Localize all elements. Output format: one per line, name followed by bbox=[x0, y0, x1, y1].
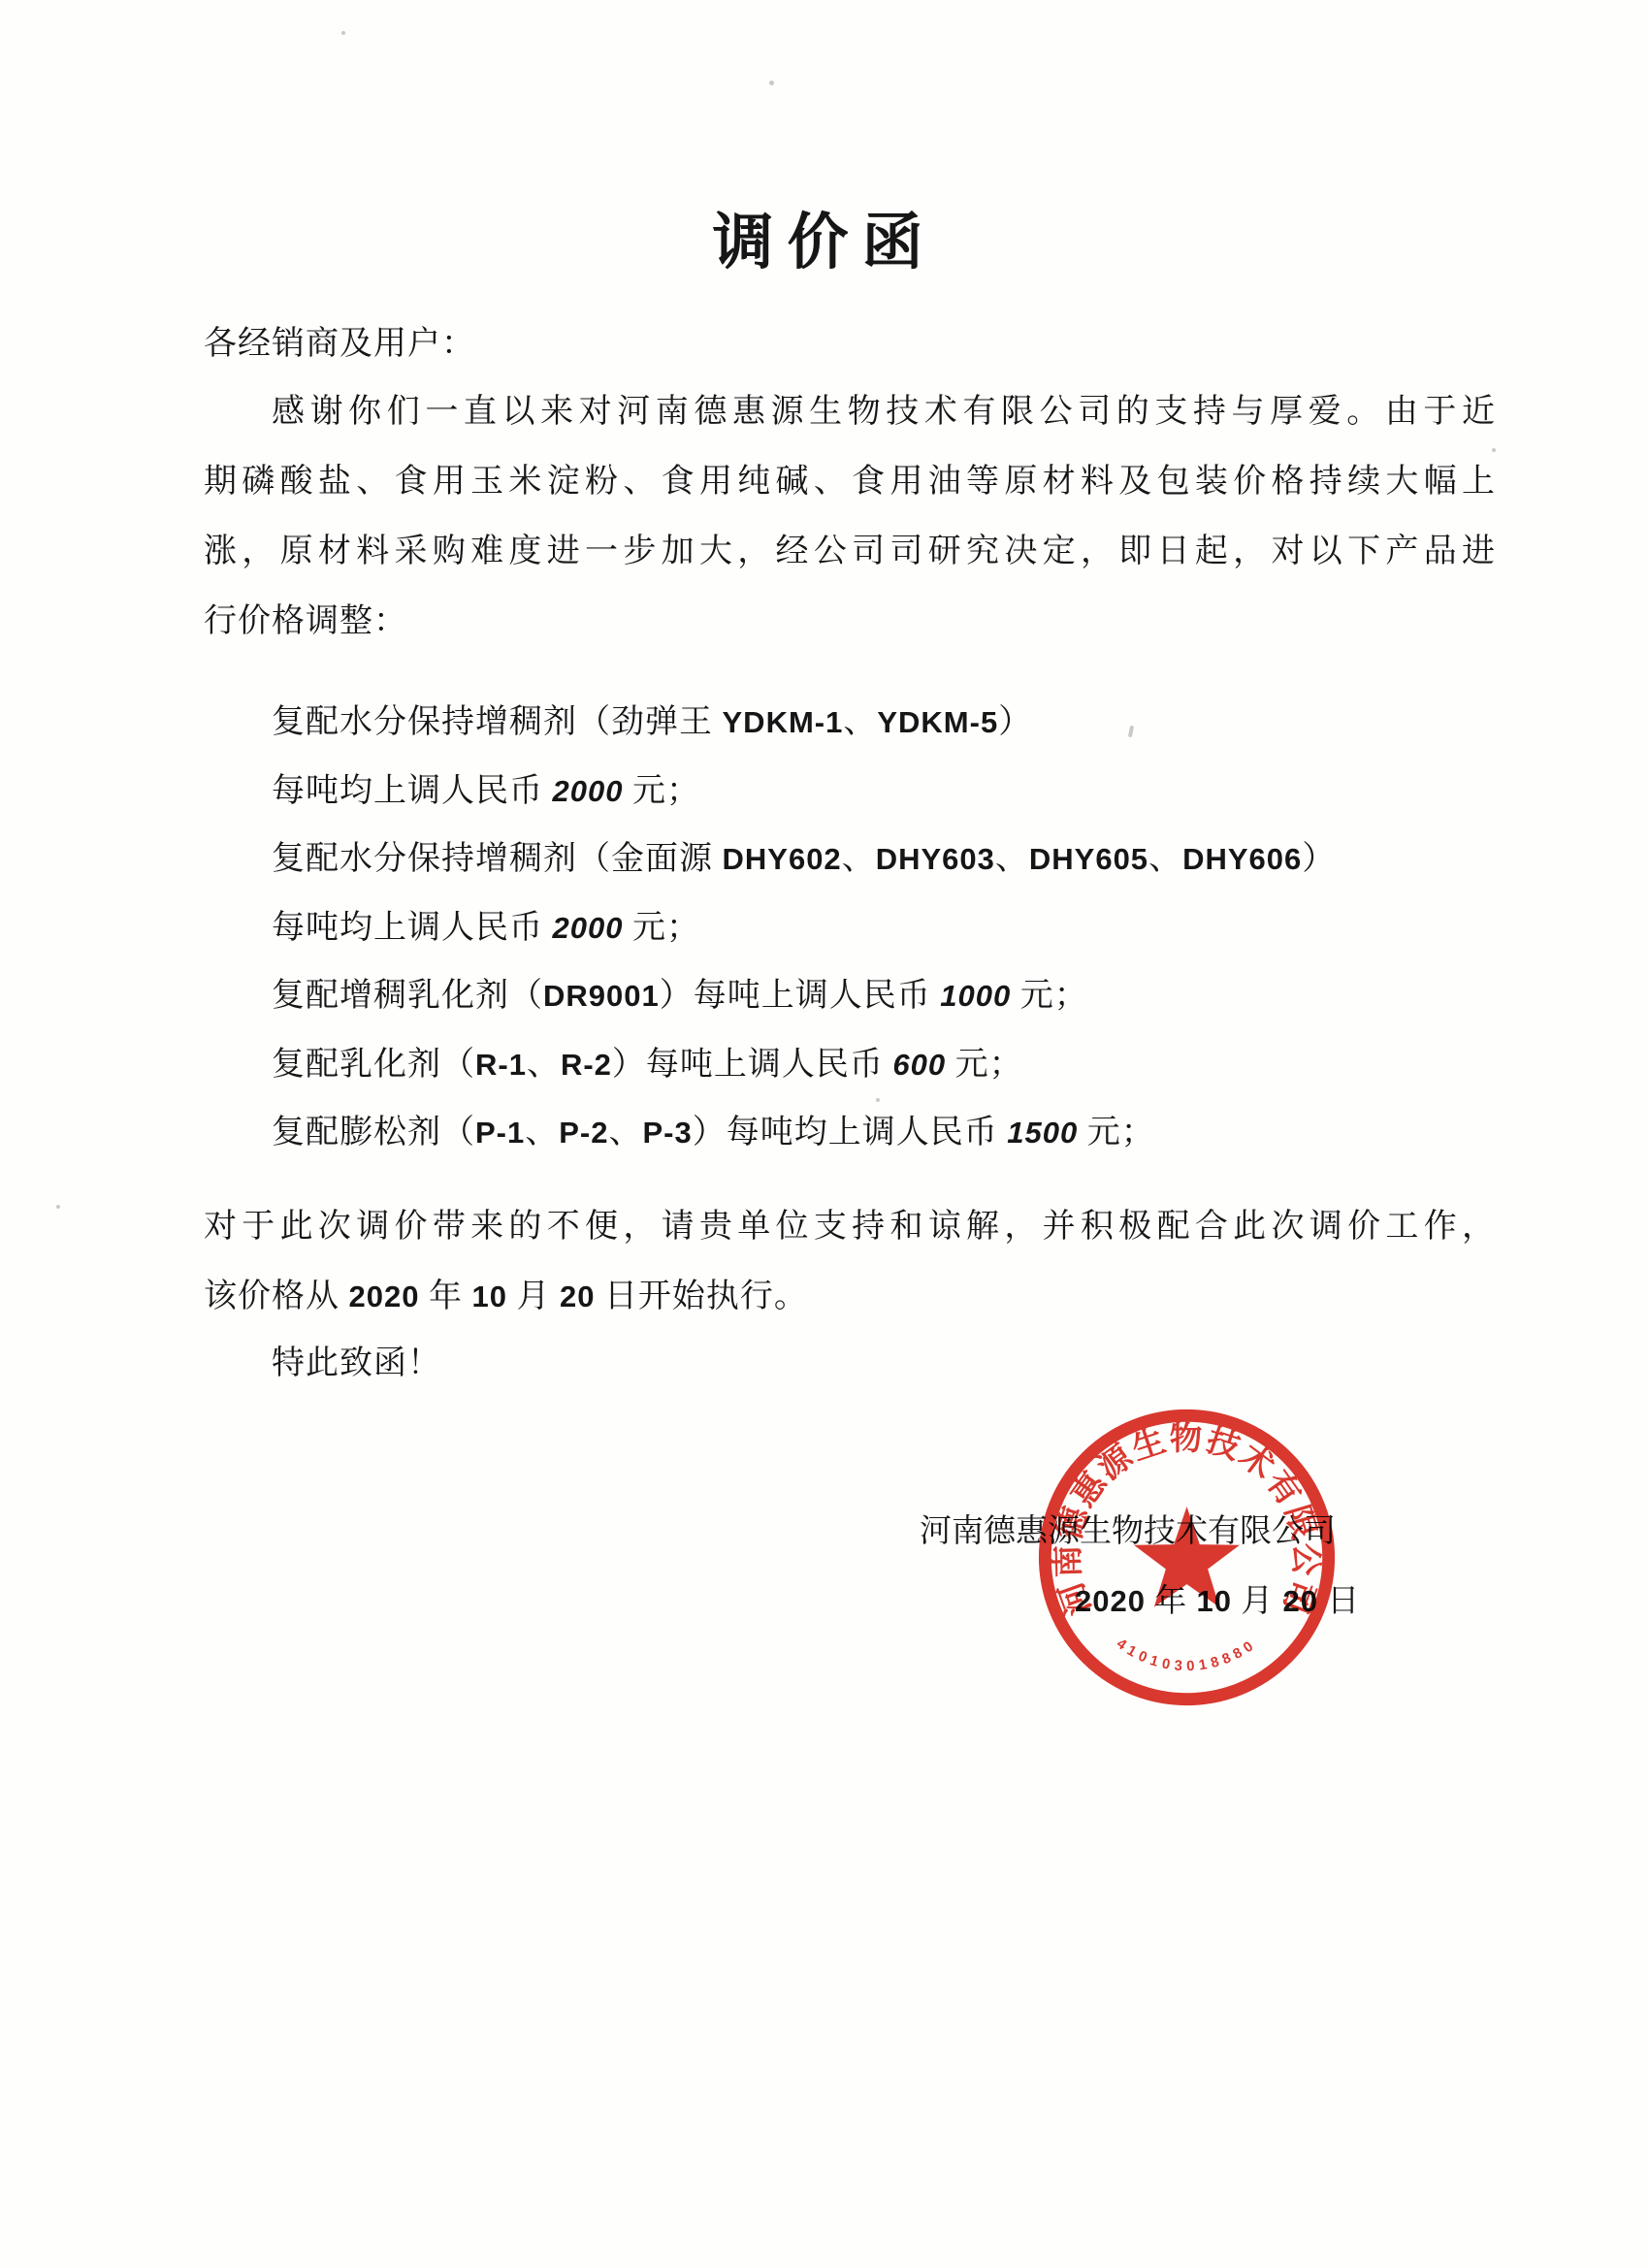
scan-speck bbox=[769, 81, 774, 85]
intro-line-1: 感谢你们一直以来对河南德惠源生物技术有限公司的支持与厚爱。由于近 bbox=[204, 390, 1496, 435]
seal-ring bbox=[1045, 1415, 1328, 1699]
closing-line-2: 该价格从 2020 年 10 月 20 日开始执行。 bbox=[204, 1275, 1496, 1319]
company-seal-stamp: 河南德惠源生物技术有限公司 410103018880 bbox=[995, 1366, 1378, 1749]
price-item: 复配膨松剂（P-1、P-2、P-3）每吨均上调人民币 1500 元； bbox=[272, 1111, 1503, 1155]
intro-line-3: 涨，原材料采购难度进一步加大，经公司司研究决定，即日起，对以下产品进 bbox=[204, 530, 1496, 574]
scan-speck bbox=[1492, 448, 1496, 452]
price-item: 每吨均上调人民币 2000 元； bbox=[272, 906, 1503, 951]
signature-company: 河南德惠源生物技术有限公司 bbox=[920, 1509, 1424, 1554]
salutation: 各经销商及用户： bbox=[204, 322, 1496, 367]
price-item: 复配乳化剂（R-1、R-2）每吨上调人民币 600 元； bbox=[272, 1043, 1503, 1087]
price-item: 复配水分保持增稠剂（金面源 DHY602、DHY603、DHY605、DHY60… bbox=[272, 837, 1503, 882]
price-item: 每吨均上调人民币 2000 元； bbox=[272, 769, 1503, 814]
price-adjustment-letter-page: 调价函 各经销商及用户： 感谢你们一直以来对河南德惠源生物技术有限公司的支持与厚… bbox=[0, 0, 1649, 2268]
closing-line-1: 对于此次调价带来的不便，请贵单位支持和谅解，并积极配合此次调价工作， bbox=[204, 1205, 1496, 1249]
scan-speck bbox=[876, 1098, 880, 1102]
signature-date: 2020 年 10 月 20 日 bbox=[1075, 1579, 1482, 1624]
intro-line-2: 期磷酸盐、食用玉米淀粉、食用纯碱、食用油等原材料及包装价格持续大幅上 bbox=[204, 460, 1496, 504]
sendoff: 特此致函！ bbox=[272, 1342, 1564, 1386]
seal-serial-number: 410103018880 bbox=[1114, 1636, 1260, 1675]
scan-speck bbox=[341, 31, 345, 35]
letter-title: 调价函 bbox=[0, 199, 1649, 286]
scan-speck bbox=[56, 1205, 60, 1209]
price-item: 复配水分保持增稠剂（劲弹王 YDKM-1、YDKM-5） bbox=[272, 700, 1503, 745]
intro-line-4: 行价格调整： bbox=[204, 599, 1496, 644]
svg-text:410103018880: 410103018880 bbox=[1114, 1636, 1260, 1675]
price-item: 复配增稠乳化剂（DR9001）每吨上调人民币 1000 元； bbox=[272, 974, 1503, 1019]
